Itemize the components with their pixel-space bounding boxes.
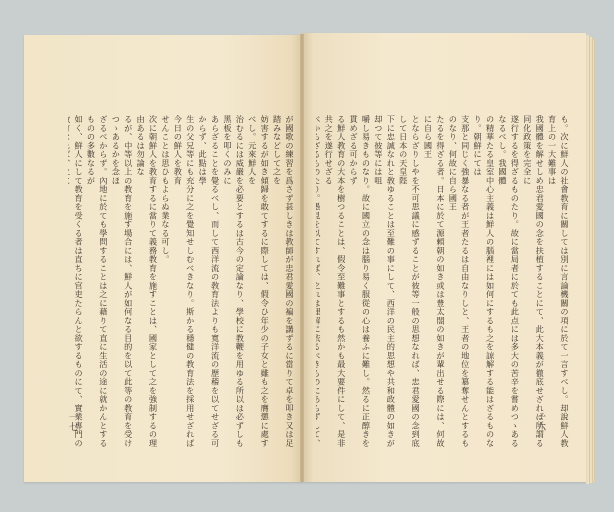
book-gutter (300, 34, 304, 482)
text-column: せんことは思ひもよらぬ業なる可し。 (160, 115, 172, 455)
text-column: ざるべからず。內地に於ても學問することは之に藉りて直に生活の途に就かんとするもの… (85, 115, 110, 455)
text-column: 支那と同じく強暴なる者が王者たるは自由なりしと、王者の地位を簒奪せんとするものな… (447, 115, 472, 455)
text-column: 治むるには威嚴を必要とするは古今の定論なり、學校に教鞭を用ゆる所以は必ずしも黑板… (222, 115, 247, 455)
text-column: 次に朝鮮人を教育するに當りて義務教育を施すことは、國家として之を強制するの理由あ… (135, 115, 160, 455)
text-column: 妨害するが如き傾歸を敢てするに際しては、假令ひ年少の子女と雖も之を膺懲に處すべし… (246, 115, 271, 455)
text-column: 遂行するを得ざるものたり。故に當局者に於ても此点には多大の苦辛を嘗めつゝあるなる… (497, 115, 522, 455)
text-column: の精華たる皇室中心主義は鮮人の腦裡には如何にするも之を諒解する能はざるものなり。… (472, 115, 497, 455)
text-column: るが、中等以上の教育を施す場合には、鮮人が如何なる目的を以て此等の教育を受けつゝ… (110, 115, 135, 455)
text-column: 生の父兄等にも充分に之を覺知せしむべきなり。斯かる穩健の教育法を採用せざれば今日… (172, 115, 197, 455)
text-column: も。次に鮮人の社會教育に關しては別に言論機關の項に於て一言すべし。却說鮮人教育上… (546, 115, 571, 455)
text-column: る鮮人教育の大本を樹つることは、假令至難事とするも然かも最大要件にして、是非共之… (323, 115, 348, 455)
text-column: 下に忠誠なれと敎ゆることは至難の事にして、西洋の民主的思想や共和政體の如きが却つ… (373, 115, 398, 455)
left-page-text: が國歌の練習を爲さず甚しきは教師が忠君愛國の褊を講ずるに當りて卓を叩き又は足踏み… (68, 115, 296, 455)
right-page-text: も。次に鮮人の社會教育に關しては別に言論機關の項に於て一言すべし。却說鮮人教育上… (316, 115, 571, 455)
text-column: たるを得ざる者。日本に於て源頼朝の如き或は豊太閤の如きが輩出せる際には、何故に自… (422, 115, 447, 455)
page-number-right: 一六 (534, 412, 547, 432)
page-number-left: 一七 (66, 412, 79, 432)
page-stack-edge (586, 35, 590, 484)
book-spread: も。次に鮮人の社會教育に關しては別に言論機關の項に於て一言すべし。却說鮮人教育上… (0, 0, 614, 512)
text-column: が國歌の練習を爲さず甚しきは教師が忠君愛國の褊を講ずるに當りて卓を叩き又は足踏み… (271, 115, 296, 455)
text-column: あらざることを覺るべし、而して西洋流の敎育法よりも寬洋流の歷稽を以てせざる可から… (197, 115, 222, 455)
text-column: 我國體を解せしめ忠君愛國の念を扶植することにて、此大本義が徹底せざれば所謂る同化… (521, 115, 546, 455)
text-column: とならざりしやを不可思議に感ずることが彼等一般の思想なれば、忠君愛國の念到底して… (397, 115, 422, 455)
text-column: べからざるものたり。愚見を以てすれば、之れは理解に依るべきものにあらずして、注入… (316, 115, 323, 455)
text-column: 嚼し易きものなり。故に國立の念は腦り易く服從の心は養ふに難し。然るに正醇きを貫め… (348, 115, 373, 455)
text-column: 如く、鮮人にして教育を受くる者は直ちに官吏たらんと欲するものにて、實業專門の教育… (68, 115, 85, 455)
